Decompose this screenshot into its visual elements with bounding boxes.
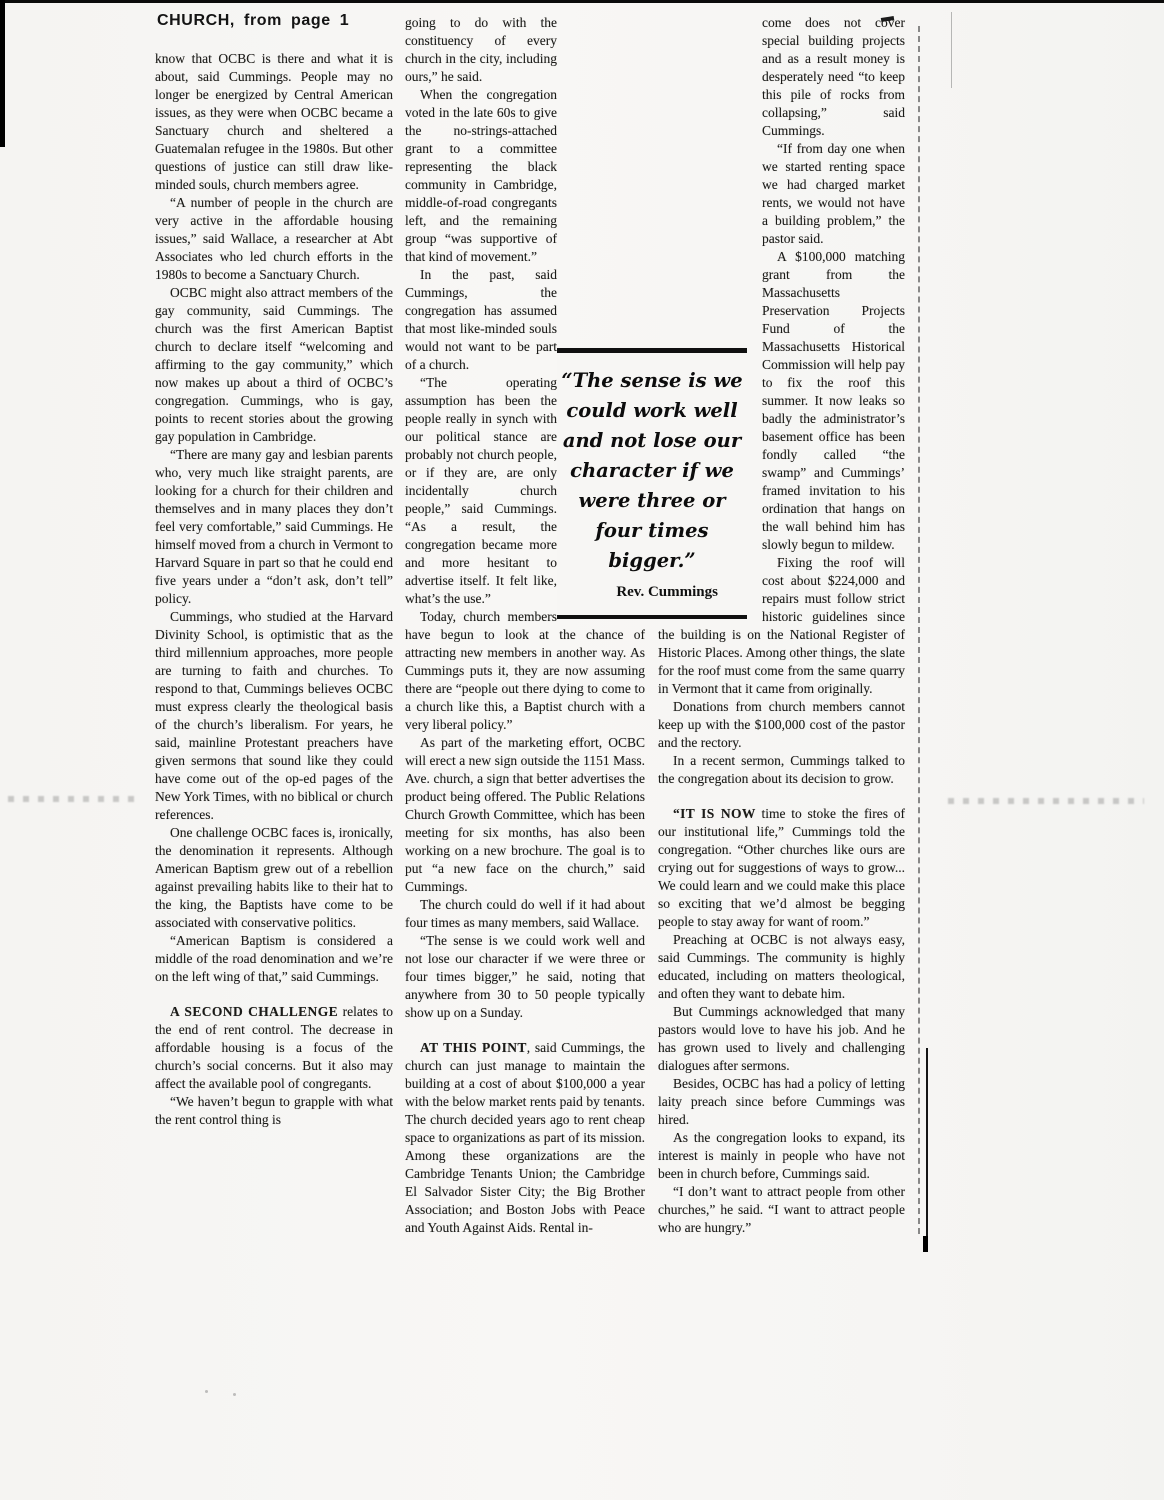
article-paragraph: come does not cover special building pro… — [658, 14, 905, 140]
article-paragraph: Today, church members have begun to look… — [405, 608, 645, 734]
article-paragraph: One challenge OCBC faces is, ironically,… — [155, 824, 393, 932]
scan-artifact-top-rule — [0, 0, 1164, 3]
pull-quote-text: “The sense is we could work well and not… — [560, 366, 744, 576]
article-paragraph: But Cummings acknowledged that many past… — [658, 1003, 905, 1075]
article-paragraph: As the congregation looks to expand, its… — [658, 1129, 905, 1183]
article-paragraph: “I don’t want to attract people from oth… — [658, 1183, 905, 1237]
article-paragraph: know that OCBC is there and what it is a… — [155, 50, 393, 194]
scan-artifact-dotted-line — [918, 26, 920, 1234]
article-column-1: know that OCBC is there and what it is a… — [155, 50, 393, 1129]
article-paragraph: When the congregation voted in the late … — [405, 86, 645, 266]
article-paragraph: “The sense is we could work well and not… — [405, 932, 645, 1022]
article-paragraph: Besides, OCBC has had a policy of lettin… — [658, 1075, 905, 1129]
scan-artifact-faint-line — [951, 12, 952, 88]
article-paragraph: A SECOND CHALLENGE relates to the end of… — [155, 1003, 393, 1093]
article-paragraph: “If from day one when we started renting… — [658, 140, 905, 248]
scan-artifact-solid-line — [926, 1048, 928, 1244]
article-paragraph: going to do with the constituency of eve… — [405, 14, 645, 86]
article-paragraph: OCBC might also attract members of the g… — [155, 284, 393, 446]
scan-artifact-smudge-left — [8, 796, 136, 802]
article-column-3: come does not cover special building pro… — [658, 14, 905, 1237]
article-continuation-header: CHURCH, from page 1 — [157, 12, 349, 30]
pull-quote-box: “The sense is we could work well and not… — [557, 348, 747, 619]
article-paragraph: Preaching at OCBC is not always easy, sa… — [658, 931, 905, 1003]
scan-artifact-ink-blob — [923, 1236, 928, 1252]
scan-speck — [233, 1393, 236, 1396]
article-paragraph: “A number of people in the church are ve… — [155, 194, 393, 284]
article-paragraph: “IT IS NOW time to stoke the fires of ou… — [658, 805, 905, 931]
scan-artifact-smudge-right — [948, 798, 1144, 804]
article-paragraph: “American Baptism is considered a middle… — [155, 932, 393, 986]
scan-artifact-left-bar — [0, 0, 5, 147]
article-paragraph: The church could do well if it had about… — [405, 896, 645, 932]
scan-speck — [205, 1390, 208, 1393]
article-paragraph: Donations from church members cannot kee… — [658, 698, 905, 752]
article-paragraph: AT THIS POINT, said Cummings, the church… — [405, 1039, 645, 1237]
article-paragraph: In a recent sermon, Cummings talked to t… — [658, 752, 905, 788]
article-paragraph: As part of the marketing effort, OCBC wi… — [405, 734, 645, 896]
pull-quote-attribution: Rev. Cummings — [560, 584, 718, 601]
article-paragraph: Cummings, who studied at the Harvard Div… — [155, 608, 393, 824]
newspaper-page: CHURCH, from page 1 know that OCBC is th… — [0, 0, 1164, 1500]
article-column-2: going to do with the constituency of eve… — [405, 14, 645, 1237]
article-paragraph: “There are many gay and lesbian parents … — [155, 446, 393, 608]
article-paragraph: “We haven’t begun to grapple with what t… — [155, 1093, 393, 1129]
